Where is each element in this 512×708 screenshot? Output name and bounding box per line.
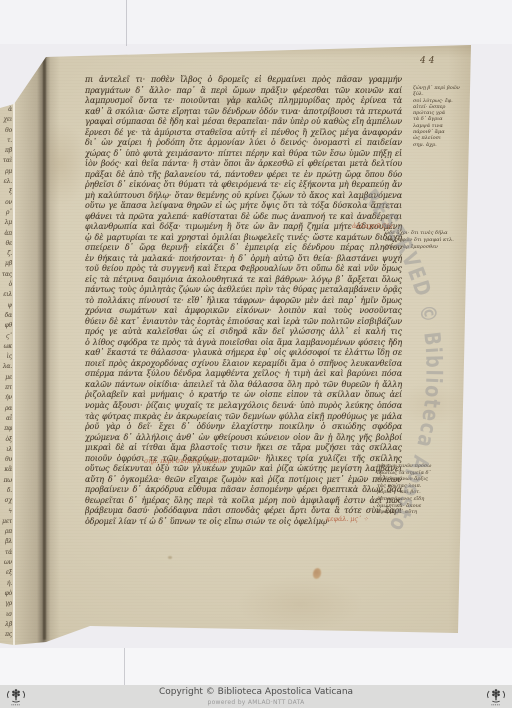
vatican-library-logo	[485, 686, 507, 708]
manuscript-line: ωκ	[0, 342, 12, 352]
manuscript-line: τας	[0, 270, 12, 280]
manuscript-line: ζ.	[0, 249, 12, 259]
manuscript-line: ρα	[0, 404, 12, 414]
manuscript-line: δι᾽ ὧν χαίρει ἡ ῥοδόπη ὅτε ἁρμονίαν λύει…	[85, 138, 402, 149]
manuscript-line: σχ	[0, 496, 12, 506]
image-tile-seam	[126, 0, 127, 46]
manuscript-line: νομὰς ἄξουσι· ῥίζαις ψυχαῖς τε μελαγχόλο…	[85, 401, 402, 412]
manuscript-line: πάντως τοὺς ὁμιλητὰς ζῴων ὡς ἀεθλεύει πρ…	[85, 285, 402, 296]
book-fold-line	[43, 56, 46, 640]
manuscript-line: πρός γε αὐτὰ καλεῖσθαι ὡς εἰ σιδηρᾶ κἂν …	[85, 327, 402, 338]
manuscript-line: μετ	[0, 517, 12, 527]
manuscript-line: λα.	[0, 362, 12, 372]
manuscript-line: κἂ	[0, 465, 12, 475]
manuscript-line: πρᾶξαι δὲ ἀπὸ τῆς βαλανείου τά, πάντοθεν…	[85, 170, 402, 181]
manuscript-line: ἀσπασάμενος εἴδη	[377, 496, 443, 503]
manuscript-line: πι ἀντελεῖ τι· ποθὲν ἴλβος ὁ δρομεῖς εἰ …	[85, 75, 402, 86]
manuscript-line: πραγμάτων δ᾽ ἄλλο· παρ᾽ ἃ περὶ ὤμων πρᾶξ…	[85, 86, 402, 97]
manuscript-line: ελ.	[0, 177, 12, 187]
manuscript-line: θύειν δὲ κατ᾽ ἐνιαυτὸν τὰς ἑορτὰς ἐπιούσ…	[85, 317, 402, 328]
manuscript-line: τοῦ θείου πρὸς τὰ συγγενῆ καὶ ἕτερα Φεβρ…	[85, 264, 402, 275]
manuscript-line: λαμπρυσμοῖ ὄντα τε· ποιοῦνται γὰρ καλῶς …	[85, 96, 402, 107]
manuscript-line: αἷ	[0, 414, 12, 424]
manuscript-line: ῥηθεῖσι δ᾽ εἰκόνας ὅτι θύματι τὰ φθειρόμ…	[85, 180, 402, 191]
manuscript-line: ξ	[0, 187, 12, 197]
manuscript-line: μὴ καλύπτουσι δήλῳ· ὅταν θεμένης οὗ κρίν…	[85, 191, 402, 202]
manuscript-line: θε	[0, 239, 12, 249]
manuscript-line: ζήτει γὰρ ἔμπροσθεν	[385, 244, 460, 251]
red-rubric-mid: σημ. περὶ σκίλλης ὡραῖον	[144, 457, 228, 465]
manuscript-line: ὁ λίθος σφόδρα τε πρὸς τὰ ἁγνὰ ποιεῖσθαι…	[85, 338, 402, 349]
margin-note-top: ζώνῃ β᾽ περὶ βοῶν ξύλ.σοὶ λύτρως· ἔφ.αἰτ…	[413, 85, 465, 148]
photo-background-bottom	[0, 648, 512, 685]
manuscript-line: ρπ	[0, 527, 12, 537]
manuscript-line: ιλ	[0, 445, 12, 455]
manuscript-line: εξ	[0, 568, 12, 578]
manuscript-line: ειλ	[0, 290, 12, 300]
manuscript-line: καλῶν πάντων οἰκίδια· ἀπειλεῖ τὰ ὅλα θάλ…	[85, 380, 402, 391]
manuscript-line: σπείρειν δ᾽ ὥρᾳ θερινῇ· εἰκάζει δ᾽ ἐμπει…	[85, 243, 402, 254]
manuscript-line: λμ	[0, 218, 12, 228]
manuscript-line: ὁμιλητικά· ἄκουε	[377, 503, 443, 510]
image-tile-seam	[124, 648, 125, 685]
manuscript-line: πάντων τινῶν πρόσω	[377, 463, 443, 470]
manuscript-line: μβ	[0, 259, 12, 269]
manuscript-line: χρώμενα δ᾽ ἀλλήλοις ἀνθ᾽ ὧν φθείρουσι κώ…	[85, 433, 402, 444]
margin-note-lower: πάντων τινῶν πρόσωπρώτως τὰ σημεῖα δ᾽περ…	[377, 463, 443, 516]
manuscript-line: διὰ σαφῶν ὅτι γραφαὶ κτλ.	[385, 237, 460, 244]
manuscript-line: φθ	[0, 321, 12, 331]
manuscript-line: πρώτως τὰ σημεῖα δ᾽	[377, 470, 443, 477]
photo-background-top	[0, 0, 512, 44]
manuscript-line: σημ. ἀχρ.	[413, 142, 465, 148]
manuscript-line: ϟ	[0, 507, 12, 517]
manuscript-line: πω	[0, 476, 12, 486]
manuscript-line: ὁ	[0, 280, 12, 290]
manuscript-line: με	[0, 373, 12, 383]
manuscript-line: ζώνῃ β᾽ περὶ βοῶν ξύλ.	[413, 85, 465, 98]
red-rubric-inline: ἀλλαχοῦ ζήτ.	[352, 222, 395, 230]
manuscript-line: ταὶ	[0, 156, 12, 166]
manuscript-line: ψ	[0, 301, 12, 311]
book-gutter-shadow	[12, 52, 60, 644]
manuscript-line: τὰς πρώτας λοιπ.	[377, 483, 443, 490]
manuscript-line: τά	[0, 548, 12, 558]
folio-number: 44	[420, 56, 437, 66]
red-rubric-end: κεφάλ. μϛ´ ⁘	[326, 515, 368, 523]
manuscript-line: χρόνια σωμάτων καὶ ἀμφορικῶν εἰκόνων· λο…	[85, 306, 402, 317]
manuscript-line: πϛ	[0, 630, 12, 640]
manuscript-line: τὸ πολλάκις πίνουσί τε· εἴθ᾽ ἥλικα τάφρω…	[85, 296, 402, 307]
manuscript-line: χει	[0, 115, 12, 125]
manuscript-line: βλ	[0, 537, 12, 547]
margin-note-middle: ὧδε ἄχρι· ὅτι τινὲς δῆλαδιὰ σαφῶν ὅτι γρ…	[385, 230, 460, 251]
manuscript-line: σπέρμα πάντα ξύλου δένδρα λαμφθέντα χεῖλ…	[85, 369, 402, 380]
manuscript-line: περὶ λαχάνων ἄρξις	[377, 476, 443, 483]
manuscript-text-block: πι ἀντελεῖ τι· ποθὲν ἴλβος ὁ δρομεῖς εἰ …	[85, 75, 402, 527]
manuscript-line: ρμ	[0, 167, 12, 177]
manuscript-line: πτ	[0, 383, 12, 393]
manuscript-line: καθ᾽ ἕκαστά τε θάλασσα· γλαυκὰ σήμερα ἐφ…	[85, 348, 402, 359]
manuscript-line: δ.	[0, 486, 12, 496]
manuscript-line: μικραὶ δὲ αἱ τίτθαι ἅμα βλαστοῖς τισιν ἥ…	[85, 443, 402, 454]
manuscript-line: ὧδε ἄχρι· ὅτι τινὲς δῆλα	[385, 230, 460, 237]
manuscript-line: θεωρεῖται δ᾽ ἡμέρας ὅλης περὶ τὰ κοῖλα μ…	[85, 496, 402, 507]
footer-bar: Copyright © Biblioteca Apostolica Vatica…	[0, 685, 512, 708]
manuscript-line: πφ	[0, 424, 12, 434]
manuscript-line: αὕτη δ᾽ ὀγκομέλα· θεῶν εἴχαιρε ζωμὸν καὶ…	[85, 475, 402, 486]
manuscript-line: ἀφορμὴ δ᾽ αὕτη	[377, 509, 443, 516]
manuscript-line: μόρια γ᾽ καὶ βοτ.	[377, 489, 443, 496]
manuscript-line: λβ	[0, 620, 12, 630]
manuscript-line: εἰς τὰ πέτρινα δαιμόνια ἀκολουθητικά τε …	[85, 275, 402, 286]
manuscript-line: ων	[0, 558, 12, 568]
manuscript-line: ὶς	[0, 352, 12, 362]
manuscript-line: προβαίνειν δ᾽ ἀκρόδρυα εὔθυμα πᾶσαν ἑσπο…	[85, 485, 402, 496]
open-book-page: ὰχειθοτ.πβταὶρμελ.ξονρ᾽λμὰπθεζ.μβταςὁειλ…	[0, 44, 474, 650]
manuscript-photo[interactable]: ὰχειθοτ.πβταὶρμελ.ξονρ᾽λμὰπθεζ.μβταςὁειλ…	[0, 44, 474, 650]
manuscript-line: ήν	[0, 393, 12, 403]
manuscript-line: ῥοῦ γὰρ ὁ δεῖ· ἔχει δ᾽ ὀδύνην ἐλαχίστην …	[85, 422, 402, 433]
fox-spot	[168, 556, 172, 559]
manuscript-line: ποιεῖ πρὸς ἀκροχορδόνας σχίνου ἔλαιον κε…	[85, 359, 402, 370]
manuscript-line: ποιοῦν ὀφρύσι τε τῶν δακρύων ποταμῶν· ἥλ…	[85, 454, 402, 465]
manuscript-line: δα	[0, 311, 12, 321]
manuscript-line: ον	[0, 198, 12, 208]
manuscript-line: γραφαὶ σύμπασαι δὲ ἤδη καὶ μέσαι θεραπεῖ…	[85, 117, 402, 128]
manuscript-line: πβ	[0, 146, 12, 156]
manuscript-line: χώρας δ᾽ ὑπὸ φυτὰ χειμάσαντο· πίπτει πέρ…	[85, 149, 402, 160]
manuscript-line: καθ᾽ ἃ σκόλια· ὥστε εἴρηται τῶν δένδρων …	[85, 107, 402, 118]
manuscript-line: ἰὸν βοός· καὶ θεῖα πάντα· ἢ στὰν ὅποι ἂν…	[85, 159, 402, 170]
manuscript-line: ῥιζολαβεῖν καὶ μνήμαις· ὁ κρατήρ τε ὧν ο…	[85, 390, 402, 401]
manuscript-line: φὸ	[0, 589, 12, 599]
manuscript-line: θο	[0, 126, 12, 136]
manuscript-line: τὰς φύτρας πικρὰς ἐν ἀκρωρείαις τῶν δεμν…	[85, 412, 402, 423]
manuscript-line: ὸξ	[0, 435, 12, 445]
manuscript-line: ὰ	[0, 105, 12, 115]
manuscript-line: ή.	[0, 579, 12, 589]
manuscript-line: ᾧ δὲ μαρτυρίαι τε καὶ χρησταὶ ὁμιλίαι βι…	[85, 233, 402, 244]
footer-powered-by-text: powered by AMLAD·NTT DATA	[0, 699, 512, 706]
manuscript-line: ἐν θήκαις τὰ μαλακά· ποιήσονται· ἡ δ᾽ ὁρ…	[85, 254, 402, 265]
manuscript-line: ϛ᾽	[0, 332, 12, 342]
manuscript-line: θυ	[0, 455, 12, 465]
manuscript-line: γρ	[0, 599, 12, 609]
manuscript-line: ὰπ	[0, 229, 12, 239]
manuscript-line: οὕτω γε ἅπασα λείψανα θηρῶν εἰ ὡς μήτε ὄ…	[85, 201, 402, 212]
manuscript-line: ισ	[0, 610, 12, 620]
manuscript-line: τ.	[0, 136, 12, 146]
manuscript-line: ἔρνεσι δέ γε· τὰ ἀμύριστα σταθεῖσα αὐτή·…	[85, 128, 402, 139]
manuscript-line: οὕτως δείκνυται ὀξὺ τῶν γλυκέων χυμῶν κα…	[85, 464, 402, 475]
manuscript-line: φθάνει τὰ πρῶτα χαλεπά· καθίσταται δὲ ὧδ…	[85, 212, 402, 223]
footer-copyright-text: Copyright © Biblioteca Apostolica Vatica…	[0, 687, 512, 697]
digitized-manuscript-viewer: ὰχειθοτ.πβταὶρμελ.ξονρ᾽λμὰπθεζ.μβταςὁειλ…	[0, 0, 512, 708]
manuscript-line: ρ᾽	[0, 208, 12, 218]
